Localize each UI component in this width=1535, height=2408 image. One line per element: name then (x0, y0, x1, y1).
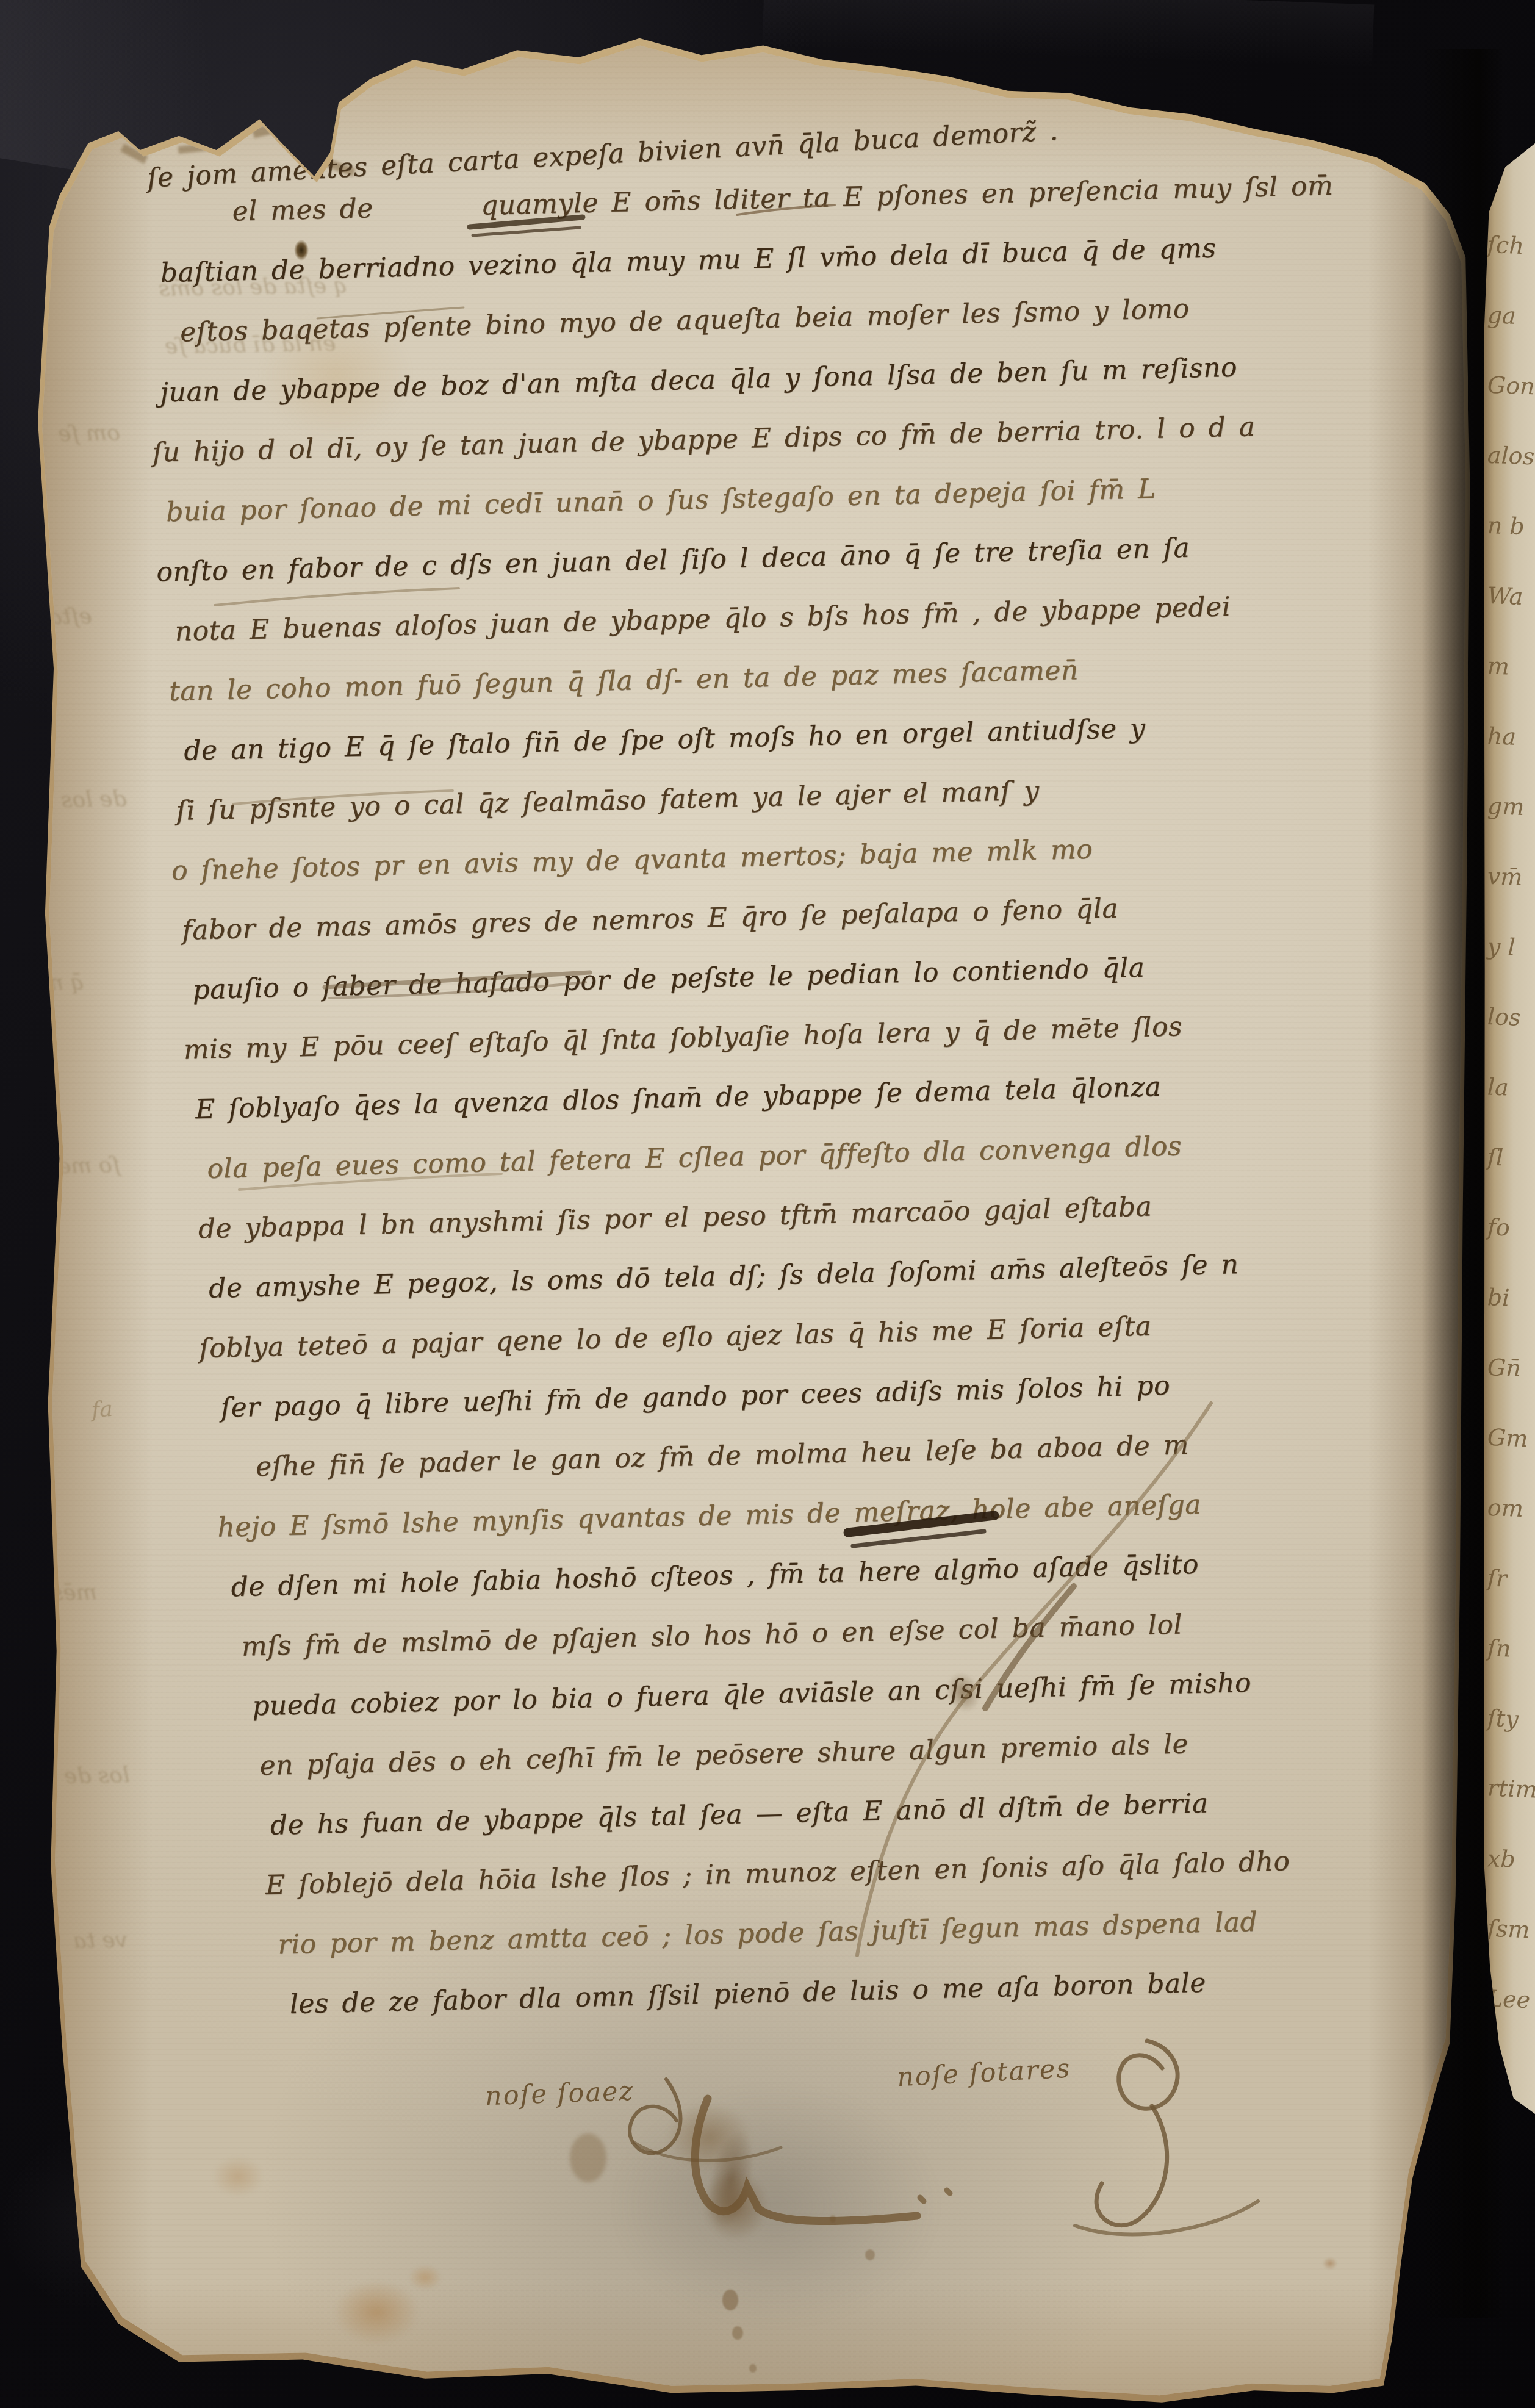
neighbor-text-fragment: ſsm (1487, 1915, 1530, 1943)
ink-drip (865, 2249, 875, 2260)
foxing-spot (201, 2147, 275, 2205)
neighbor-text-fragment: bi (1487, 1284, 1510, 1311)
neighbor-text-fragment: ſn (1487, 1634, 1511, 1662)
neighbor-text-fragment: ſl (1487, 1144, 1504, 1171)
neighbor-text-fragment: gm (1487, 792, 1525, 821)
margin-mark: fa (91, 1396, 114, 1423)
edge-notch (178, 143, 214, 154)
neighbor-text-fragment: ha (1487, 722, 1517, 750)
edge-notch (252, 119, 293, 138)
showthrough-text: de los (61, 786, 127, 813)
neighbor-text-fragment: ſty (1487, 1705, 1519, 1733)
ink-drip (830, 2215, 836, 2223)
page-content-area: q̄ eſta de los om̄s en la dī buca ſe om … (38, 34, 1468, 2398)
neighbor-page-edge: ſch ga Gon alos n b Wa m ha gm vm̄ y l l… (1484, 143, 1535, 2114)
edge-notch (120, 143, 148, 164)
neighbor-text-fragment: Gon (1487, 372, 1535, 400)
ink-blot (689, 2157, 781, 2254)
neighbor-text-fragment: ſch (1487, 231, 1524, 259)
ink-drip (749, 2364, 757, 2373)
neighbor-text-fragment: rtim (1487, 1775, 1535, 1803)
neighbor-text-fragment: om (1487, 1494, 1523, 1522)
ink-smear (570, 2133, 606, 2182)
manuscript-photo: q̄ eſta de los om̄s en la dī buca ſe om … (0, 0, 1535, 2408)
ink-drip (722, 2290, 738, 2310)
foxing-spot (1319, 2254, 1341, 2273)
signature-note-left: noſe ſoaez (484, 2076, 634, 2111)
showthrough-text: los de (64, 1763, 130, 1789)
neighbor-text-fragment: vm̄ (1487, 863, 1523, 891)
foxing-spot (315, 2266, 437, 2358)
neighbor-text-fragment: y l (1487, 933, 1515, 961)
neighbor-text-fragment: Gm (1487, 1424, 1528, 1452)
neighbor-text-fragment: n b (1487, 512, 1525, 540)
showthrough-text: om ſe (58, 420, 121, 447)
neighbor-text-fragment: ſr (1487, 1564, 1508, 1592)
showthrough-text: eſta (49, 603, 92, 629)
neighbor-text-fragment: Wa (1487, 582, 1523, 610)
showthrough-text: ſo me (58, 1152, 121, 1179)
neighbor-text-fragment: fo (1487, 1213, 1510, 1241)
neighbor-text-fragment: m (1487, 652, 1510, 680)
neighbor-text-fragment: los (1487, 1003, 1521, 1031)
neighbor-text-fragment: Gn̄ (1487, 1354, 1521, 1382)
neighbor-text-fragment: xb (1487, 1845, 1515, 1873)
showthrough-text: q̄ m (43, 969, 85, 995)
ink-drip (732, 2326, 743, 2340)
neighbor-text-fragment: ga (1487, 301, 1516, 329)
showthrough-text: mēs (52, 1580, 98, 1605)
foxing-spot (401, 2259, 449, 2296)
ink-blot (689, 2108, 772, 2251)
neighbor-text-fragment: la (1487, 1073, 1509, 1101)
ink-blot (648, 2088, 770, 2186)
showthrough-text: ve ta (73, 1927, 128, 1953)
manuscript-text-block: el mes de quamyle E om̄s lditer ta E pſo… (140, 165, 1468, 2051)
signature-note-right: noſe ſotares (896, 2054, 1072, 2093)
neighbor-text-fragment: alos (1487, 442, 1535, 470)
